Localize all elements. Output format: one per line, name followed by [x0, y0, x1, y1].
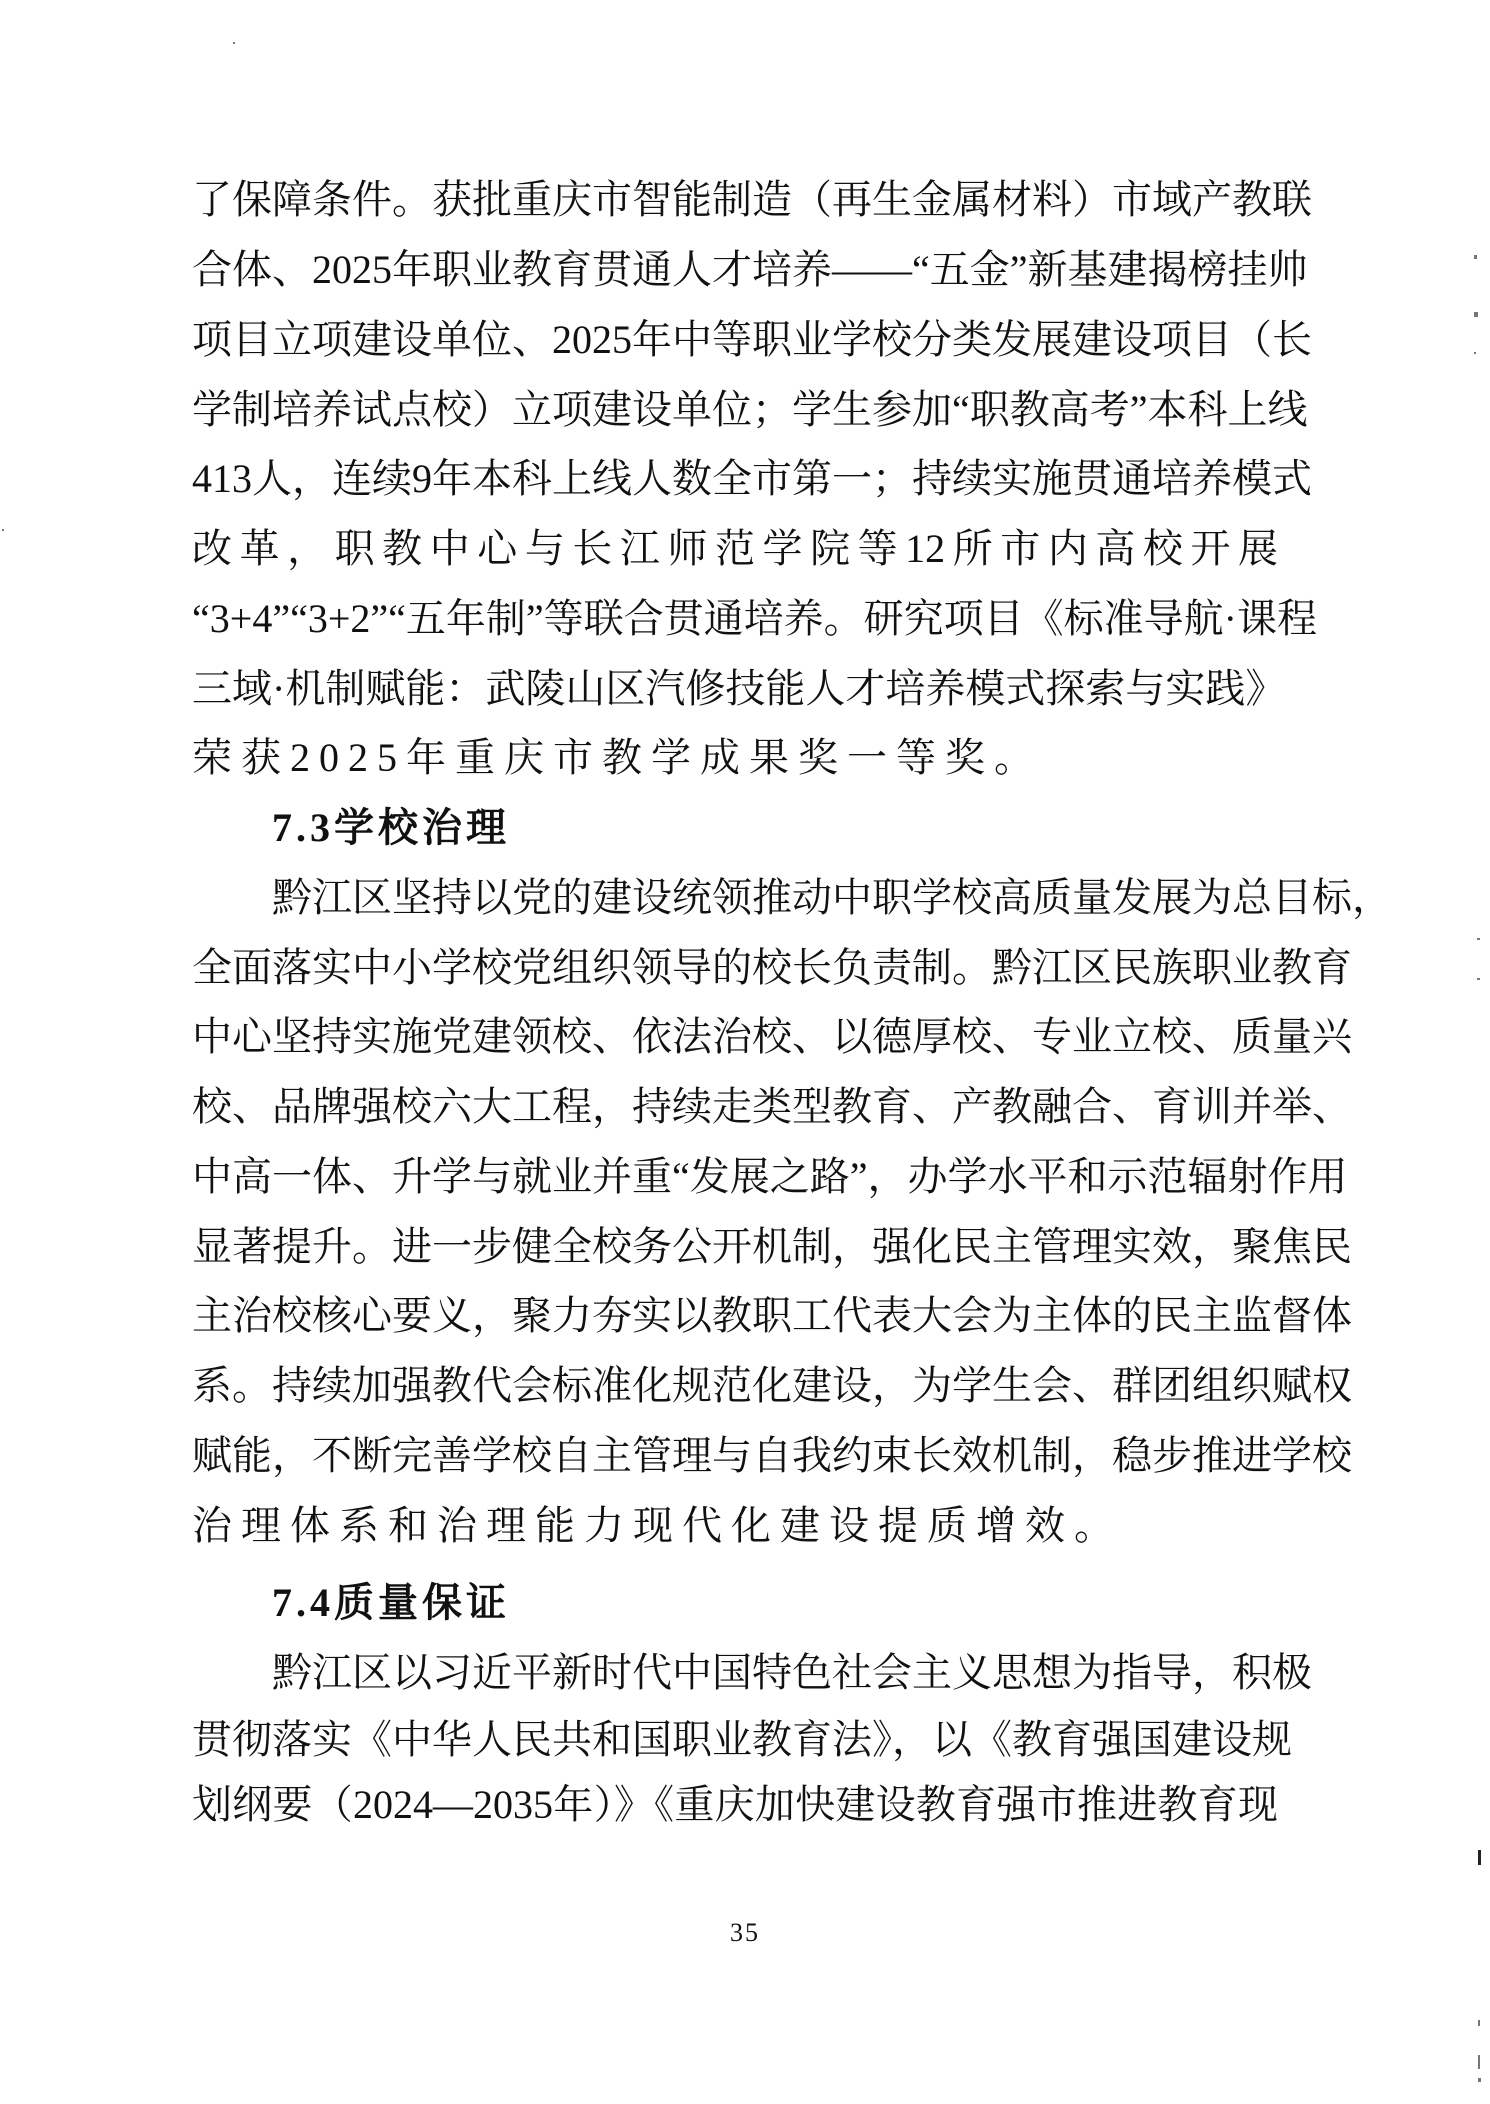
scan-speck	[1474, 352, 1476, 354]
scan-speck	[233, 42, 235, 44]
text-line: 显著提升。进一步健全校务公开机制，强化民主管理实效，聚焦民	[192, 1212, 1278, 1282]
text-line: 合体、2025年职业教育贯通人才培养——“五金”新基建揭榜挂帅	[192, 235, 1278, 305]
text-line: 中心坚持实施党建领校、依法治校、以德厚校、专业立校、质量兴	[192, 1002, 1278, 1072]
text-line: 中高一体、升学与就业并重“发展之路”，办学水平和示范辐射作用	[192, 1142, 1278, 1212]
scan-speck	[1478, 2020, 1480, 2026]
text-line: 荣获2025年重庆市教学成果奖一等奖。	[192, 723, 1278, 793]
scan-speck	[1474, 255, 1477, 259]
text-line: 全面落实中小学校党组织领导的校长负责制。黔江区民族职业教育	[192, 933, 1278, 1003]
section-heading-7-4: 7.4质量保证	[272, 1568, 510, 1638]
document-page: 了保障条件。获批重庆市智能制造（再生金属材料）市域产教联 合体、2025年职业教…	[0, 0, 1490, 2104]
scan-speck	[1477, 978, 1480, 980]
scan-speck	[1474, 312, 1478, 317]
section-heading-7-3: 7.3学校治理	[272, 793, 510, 863]
text-line: 黔江区坚持以党的建设统领推动中职学校高质量发展为总目标，	[272, 863, 1298, 933]
text-line: “3+4”“3+2”“五年制”等联合贯通培养。研究项目《标准导航·课程	[192, 584, 1278, 654]
text-line: 三域·机制赋能：武陵山区汽修技能人才培养模式探索与实践》	[192, 654, 1278, 724]
text-line: 改革，职教中心与长江师范学院等12所市内高校开展	[192, 514, 1278, 584]
text-line: 学制培养试点校）立项建设单位；学生参加“职教高考”本科上线	[192, 375, 1278, 445]
page-number: 35	[0, 1915, 1490, 1951]
text-line: 赋能，不断完善学校自主管理与自我约束长效机制，稳步推进学校	[192, 1421, 1278, 1491]
text-line: 校、品牌强校六大工程，持续走类型教育、产教融合、育训并举、	[192, 1072, 1298, 1142]
scan-speck	[1478, 2055, 1480, 2069]
text-line: 了保障条件。获批重庆市智能制造（再生金属材料）市域产教联	[192, 165, 1278, 235]
scan-speck	[1477, 938, 1480, 940]
scan-mark	[1478, 1850, 1481, 1865]
text-line: 划纲要（2024—2035年）》《重庆加快建设教育强市推进教育现	[192, 1770, 1278, 1840]
text-line: 系。持续加强教代会标准化规范化建设，为学生会、群团组织赋权	[192, 1351, 1278, 1421]
text-line: 项目立项建设单位、2025年中等职业学校分类发展建设项目（长	[192, 305, 1278, 375]
text-line: 黔江区以习近平新时代中国特色社会主义思想为指导，积极	[272, 1638, 1278, 1708]
text-line: 治理体系和治理能力现代化建设提质增效。	[192, 1491, 1278, 1561]
text-line: 413人，连续9年本科上线人数全市第一；持续实施贯通培养模式	[192, 444, 1278, 514]
text-line: 主治校核心要义，聚力夯实以教职工代表大会为主体的民主监督体	[192, 1281, 1278, 1351]
scan-speck	[2, 529, 4, 531]
scan-speck	[1478, 2078, 1481, 2082]
text-line: 贯彻落实《中华人民共和国职业教育法》，以《教育强国建设规	[192, 1705, 1278, 1775]
